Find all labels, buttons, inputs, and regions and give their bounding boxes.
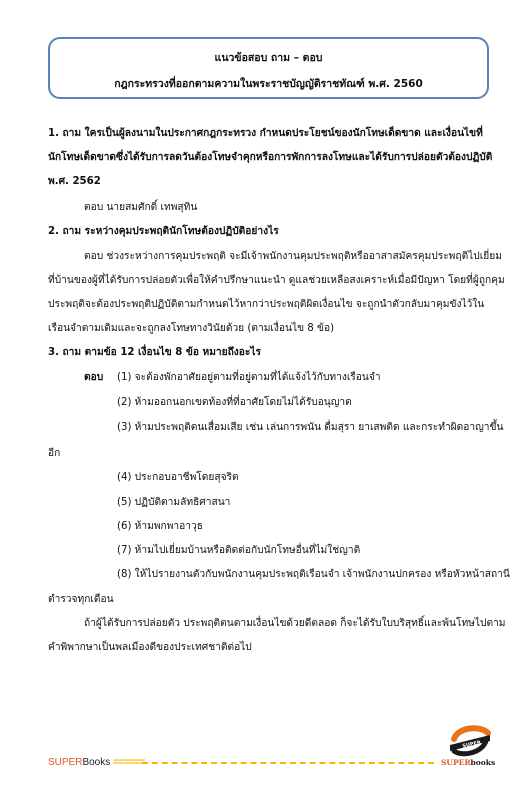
logo-wordmark-super: SUPER [441,758,471,767]
footer-brand-super: SUPER [48,757,82,768]
title-box: แนวข้อสอบ ถาม – ตอบ กฎกระทรวงที่ออกตามคว… [48,37,489,99]
condition-7: (7) ห้ามไปเยี่ยมบ้านหรือติดต่อกับนักโทษอ… [117,544,360,558]
answer-2-line-2: ที่บ้านของผู้ที่ได้รับการปล่อยตัวเพื่อให… [48,274,505,288]
condition-3-continued: อีก [48,447,60,461]
condition-8: (8) ให้ไปรายงานตัวกับพนักงานคุมประพฤติเร… [117,568,510,582]
condition-5: (5) ปฏิบัติตามลัทธิศาสนา [117,496,230,510]
condition-6: (6) ห้ามพกพาอาวุธ [117,520,203,534]
condition-8-continued: ตำรวจทุกเดือน [48,593,114,607]
condition-2: (2) ห้ามออกนอกเขตท้องที่ที่อาศัยโดยไม่ได… [117,396,352,410]
logo-wordmark: SUPERbooks [441,758,495,767]
footer-dashed-divider [142,762,434,764]
condition-3: (3) ห้ามประพฤติตนเสื่อมเสีย เช่น เล่นการ… [117,421,503,435]
answer-2-line-1: ตอบ ช่วงระหว่างการคุมประพฤติ จะมีเจ้าพนั… [84,250,502,264]
footer-short-dashes: ====== [113,757,145,768]
superbooks-logo-icon: SUPER [440,725,500,775]
footer-brand: SUPERBooks ====== [48,756,145,770]
logo-wordmark-books: books [471,758,496,767]
question-1-line-2: นักโทษเด็ดขาดซึ่งได้รับการลดวันต้องโทษจำ… [48,151,492,165]
footer-brand-books: Books [82,757,110,768]
closing-line-2: คำพิพากษาเป็นพลเมืองดีของประเทศชาติต่อไป [48,641,252,655]
answer-1: ตอบ นายสมศักดิ์ เทพสุทิน [84,201,197,215]
closing-line-1: ถ้าผู้ได้รับการปล่อยตัว ประพฤติตนตามเงื่… [84,617,506,631]
document-subtitle: กฎกระทรวงที่ออกตามความในพระราชบัญญัติราช… [50,75,487,92]
condition-4: (4) ประกอบอาชีพโดยสุจริต [117,471,239,485]
answer-2-line-3: ประพฤติจะต้องประพฤติปฏิบัติตามกำหนดไว้หา… [48,298,484,312]
question-1-line-3: พ.ศ. 2562 [48,175,101,189]
document-title: แนวข้อสอบ ถาม – ตอบ [50,49,487,66]
answer-2-line-4: เรือนจำตามเดิมและจะถูกลงโทษทางวินัยด้วย … [48,322,334,336]
question-3: 3. ถาม ตามข้อ 12 เงื่อนไข 8 ข้อ หมายถึงอ… [48,346,261,360]
question-1-line-1: 1. ถาม ใครเป็นผู้ลงนามในประกาศกฎกระทรวง … [48,127,483,141]
answer-3-label: ตอบ [84,371,103,385]
question-2: 2. ถาม ระหว่างคุมประพฤตินักโทษต้องปฏิบัต… [48,225,279,239]
condition-1: (1) จะต้องพักอาศัยอยู่ตามที่อยู่ตามที่ได… [117,371,381,385]
